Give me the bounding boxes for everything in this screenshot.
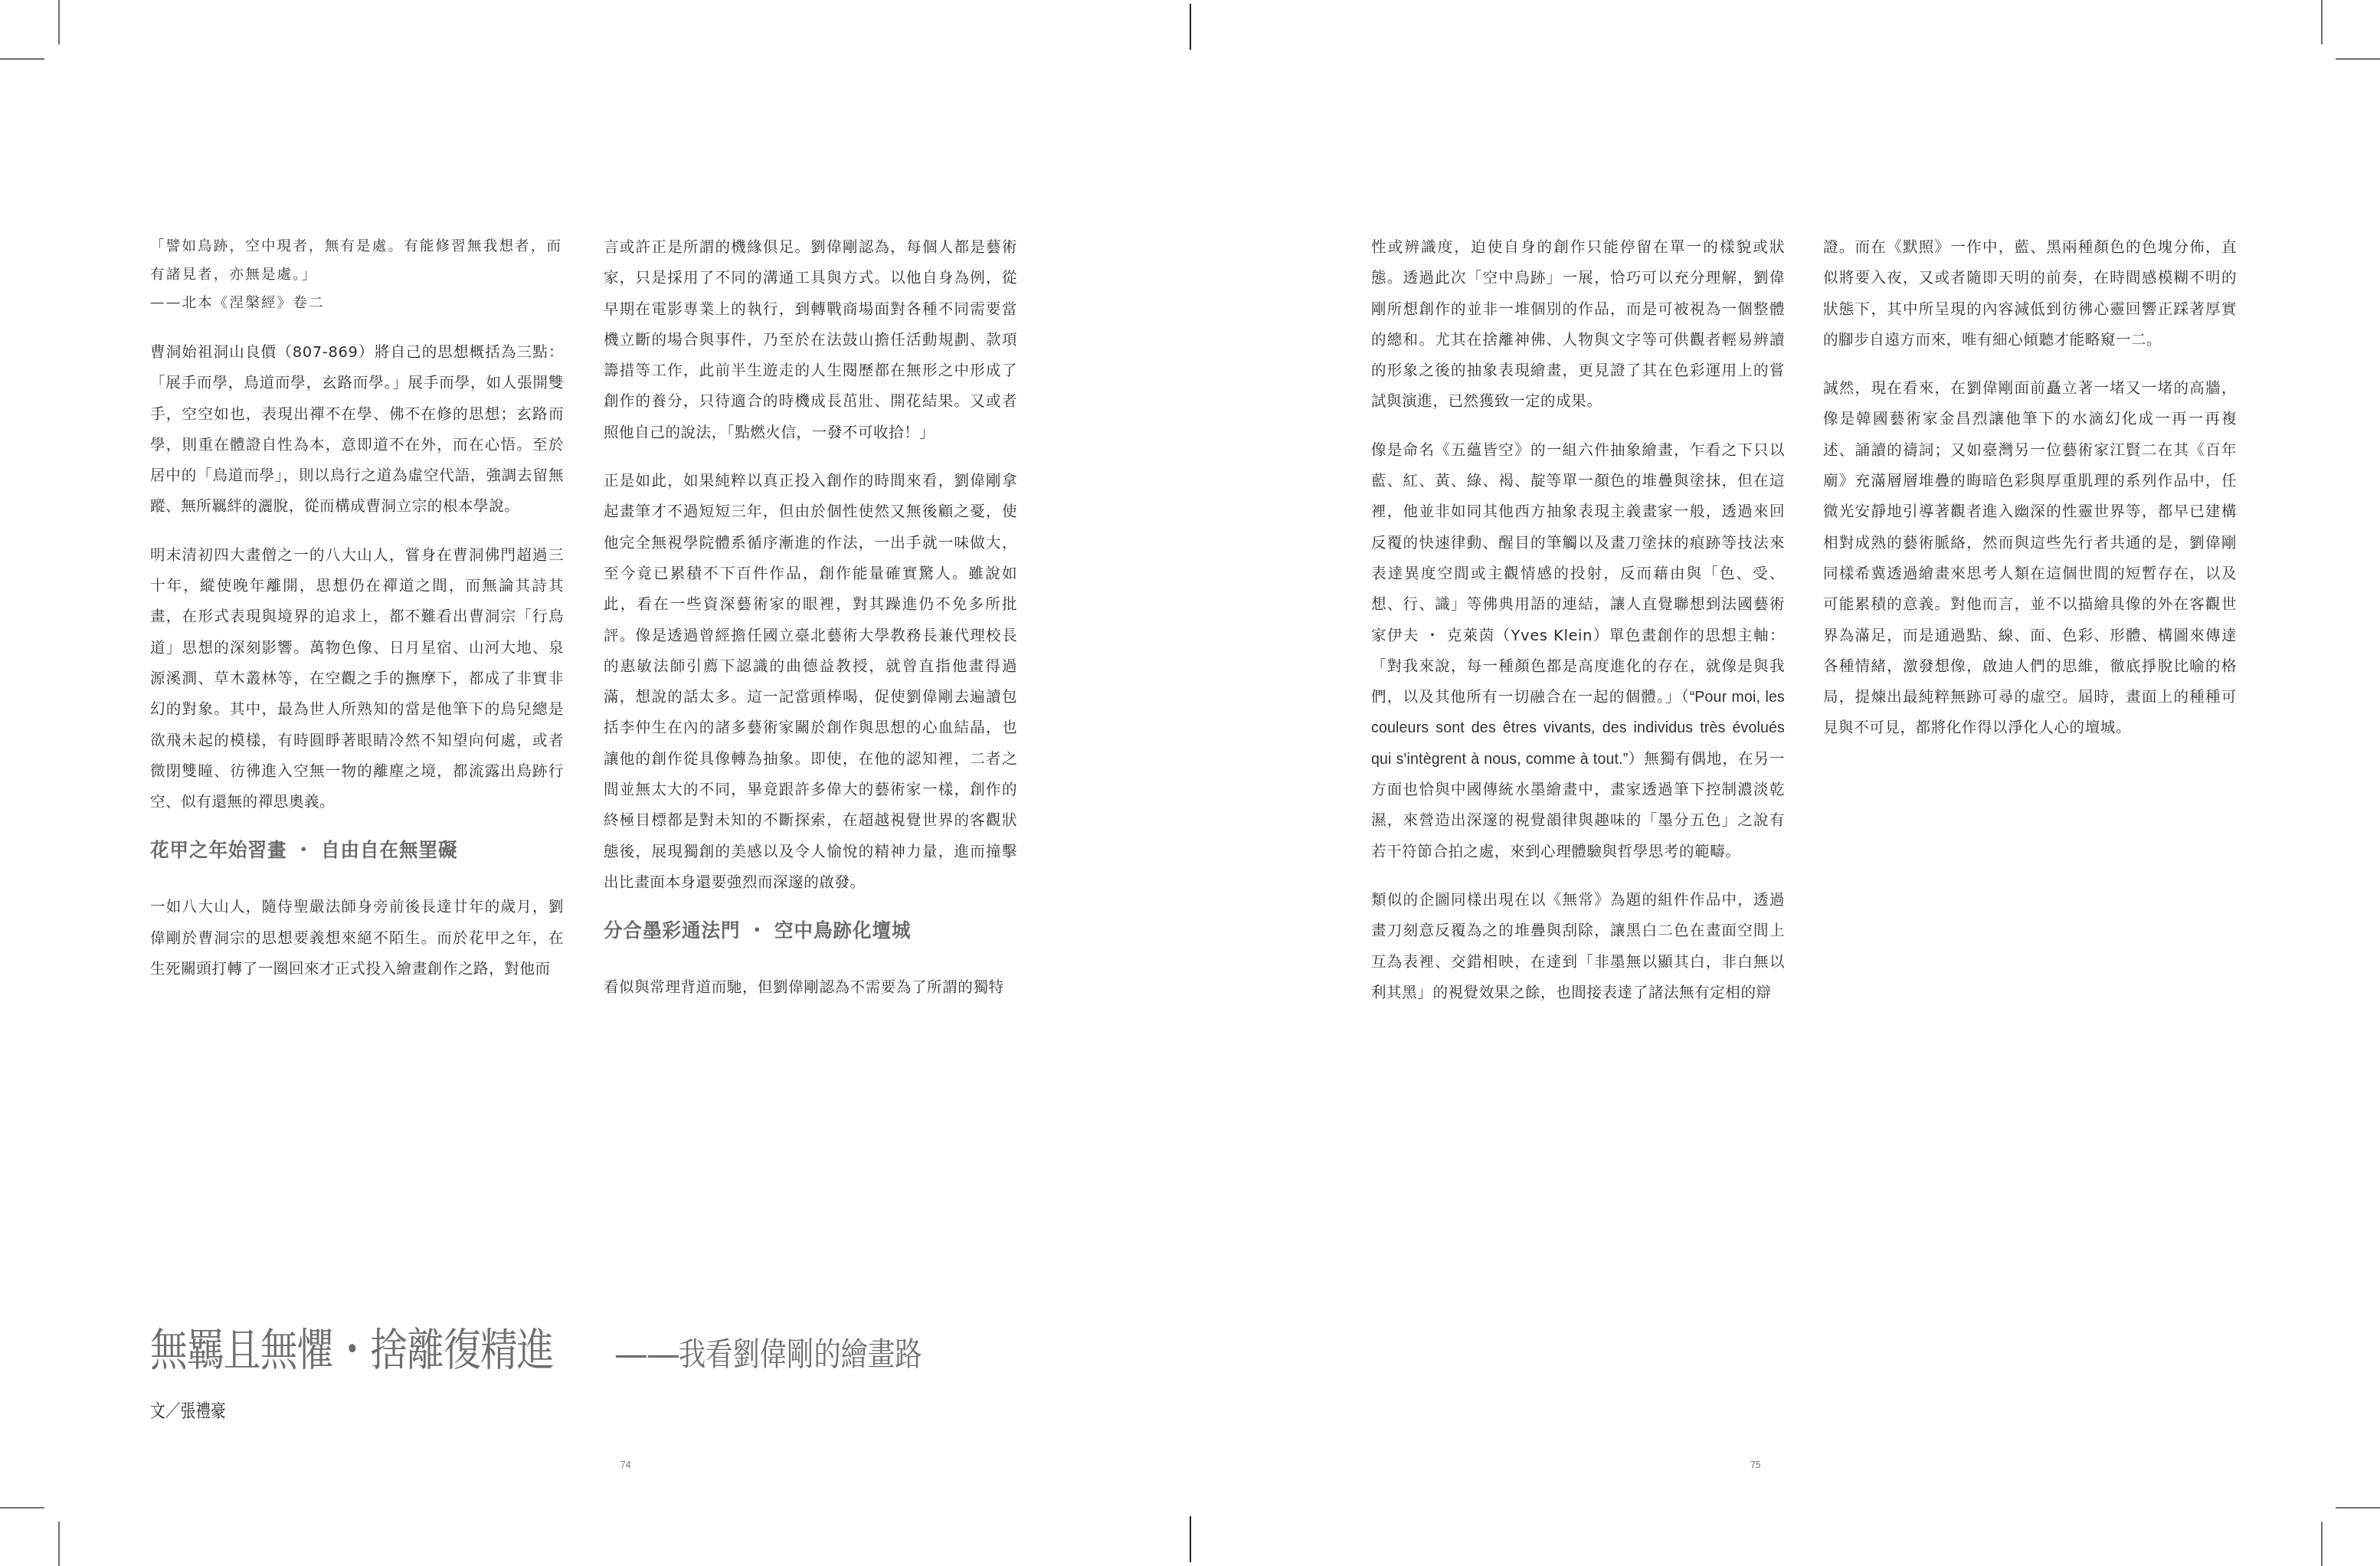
paragraph: 證。而在《默照》一作中，藍、黑兩種顏色的色塊分佈，直似將要入夜，又或者隨即天明的…: [1823, 232, 2237, 355]
paragraph: 類似的企圖同樣出現在以《無常》為題的組件作品中，透過畫刀刻意反覆為之的堆疊與刮除…: [1371, 885, 1785, 1008]
paragraph: 曹洞始祖洞山良價（807-869）將自己的思想概括為三點：「展手而學，鳥道而學，…: [150, 337, 564, 523]
left-page-column-2: 言或許正是所謂的機緣俱足。劉偉剛認為，每個人都是藝術家，只是採用了不同的溝通工具…: [604, 232, 1017, 1021]
paragraph: 言或許正是所謂的機緣俱足。劉偉剛認為，每個人都是藝術家，只是採用了不同的溝通工具…: [604, 232, 1017, 448]
paragraph: 一如八大山人，隨侍聖嚴法師身旁前後長達廿年的歲月，劉偉剛於曹洞宗的思想要義想來絕…: [150, 892, 564, 984]
page-number-left: 74: [620, 1460, 630, 1470]
right-page-column-1: 性或辨識度，迫使自身的創作只能停留在單一的樣貌或狀態。透過此次「空中鳥跡」一展，…: [1371, 232, 1785, 1026]
crop-mark-top-right-horizontal: [2336, 58, 2380, 60]
crop-mark-top-left-horizontal: [0, 58, 44, 60]
article-title: 無羈且無懼・捨離復精進 —— 我看劉偉剛的繪畫路: [150, 1314, 968, 1378]
paragraph: 明末清初四大畫僧之一的八大山人，嘗身在曹洞佛門超過三十年，縱使晚年離開，思想仍在…: [150, 540, 564, 818]
right-page-column-2: 證。而在《默照》一作中，藍、黑兩種顏色的色塊分佈，直似將要入夜，又或者隨即天明的…: [1823, 232, 2237, 762]
section-heading: 花甲之年始習畫 ・ 自由自在無罣礙: [150, 835, 564, 866]
epigraph: 「譬如鳥跡，空中現者，無有是處。有能修習無我想者，而有諸見者，亦無是處。」 ——…: [150, 232, 564, 317]
paragraph: 看似與常理背道而馳，但劉偉剛認為不需要為了所謂的獨特: [604, 972, 1017, 1003]
epigraph-quote: 「譬如鳥跡，空中現者，無有是處。有能修習無我想者，而有諸見者，亦無是處。」: [150, 238, 562, 283]
title-dash: ——: [614, 1335, 679, 1374]
paragraph: 正是如此，如果純粹以真正投入創作的時間來看，劉偉剛拿起畫筆才不過短短三年，但由於…: [604, 466, 1017, 898]
crop-mark-bottom-right-horizontal: [2336, 1507, 2380, 1509]
paragraph-with-quote: 像是命名《五蘊皆空》的一組六件抽象繪畫，乍看之下只以藍、紅、黃、綠、褐、靛等單一…: [1371, 435, 1785, 867]
text-run: 像是命名《五蘊皆空》的一組六件抽象繪畫，乍看之下只以藍、紅、黃、綠、褐、靛等單一…: [1371, 441, 1785, 706]
article-title-main: 無羈且無懼・捨離復精進: [150, 1314, 544, 1378]
article-title-block: 無羈且無懼・捨離復精進 —— 我看劉偉剛的繪畫路 文／張禮豪: [150, 1314, 968, 1422]
crop-mark-bottom-left-horizontal: [0, 1507, 44, 1509]
crop-mark-top-right-vertical: [2321, 0, 2323, 44]
page-number-right: 75: [1750, 1460, 1760, 1470]
author-byline: 文／張禮豪: [150, 1397, 853, 1422]
crop-mark-top-center: [1190, 4, 1191, 50]
article-subtitle: 我看劉偉剛的繪畫路: [679, 1329, 922, 1375]
crop-mark-bottom-right-vertical: [2321, 1522, 2323, 1566]
crop-mark-top-left-vertical: [58, 0, 60, 44]
paragraph: 誠然，現在看來，在劉偉剛面前矗立著一堵又一堵的高牆，像是韓國藝術家金昌烈讓他筆下…: [1823, 373, 2237, 744]
crop-mark-bottom-left-vertical: [58, 1522, 60, 1566]
section-heading: 分合墨彩通法門 ・ 空中鳥跡化壇城: [604, 916, 1017, 946]
left-page-column-1: 「譬如鳥跡，空中現者，無有是處。有能修習無我想者，而有諸見者，亦無是處。」 ——…: [150, 232, 564, 1002]
epigraph-source: ——北本《涅槃經》卷二: [150, 289, 564, 317]
paragraph: 性或辨識度，迫使自身的創作只能停留在單一的樣貌或狀態。透過此次「空中鳥跡」一展，…: [1371, 232, 1785, 418]
crop-mark-bottom-center: [1190, 1516, 1191, 1562]
